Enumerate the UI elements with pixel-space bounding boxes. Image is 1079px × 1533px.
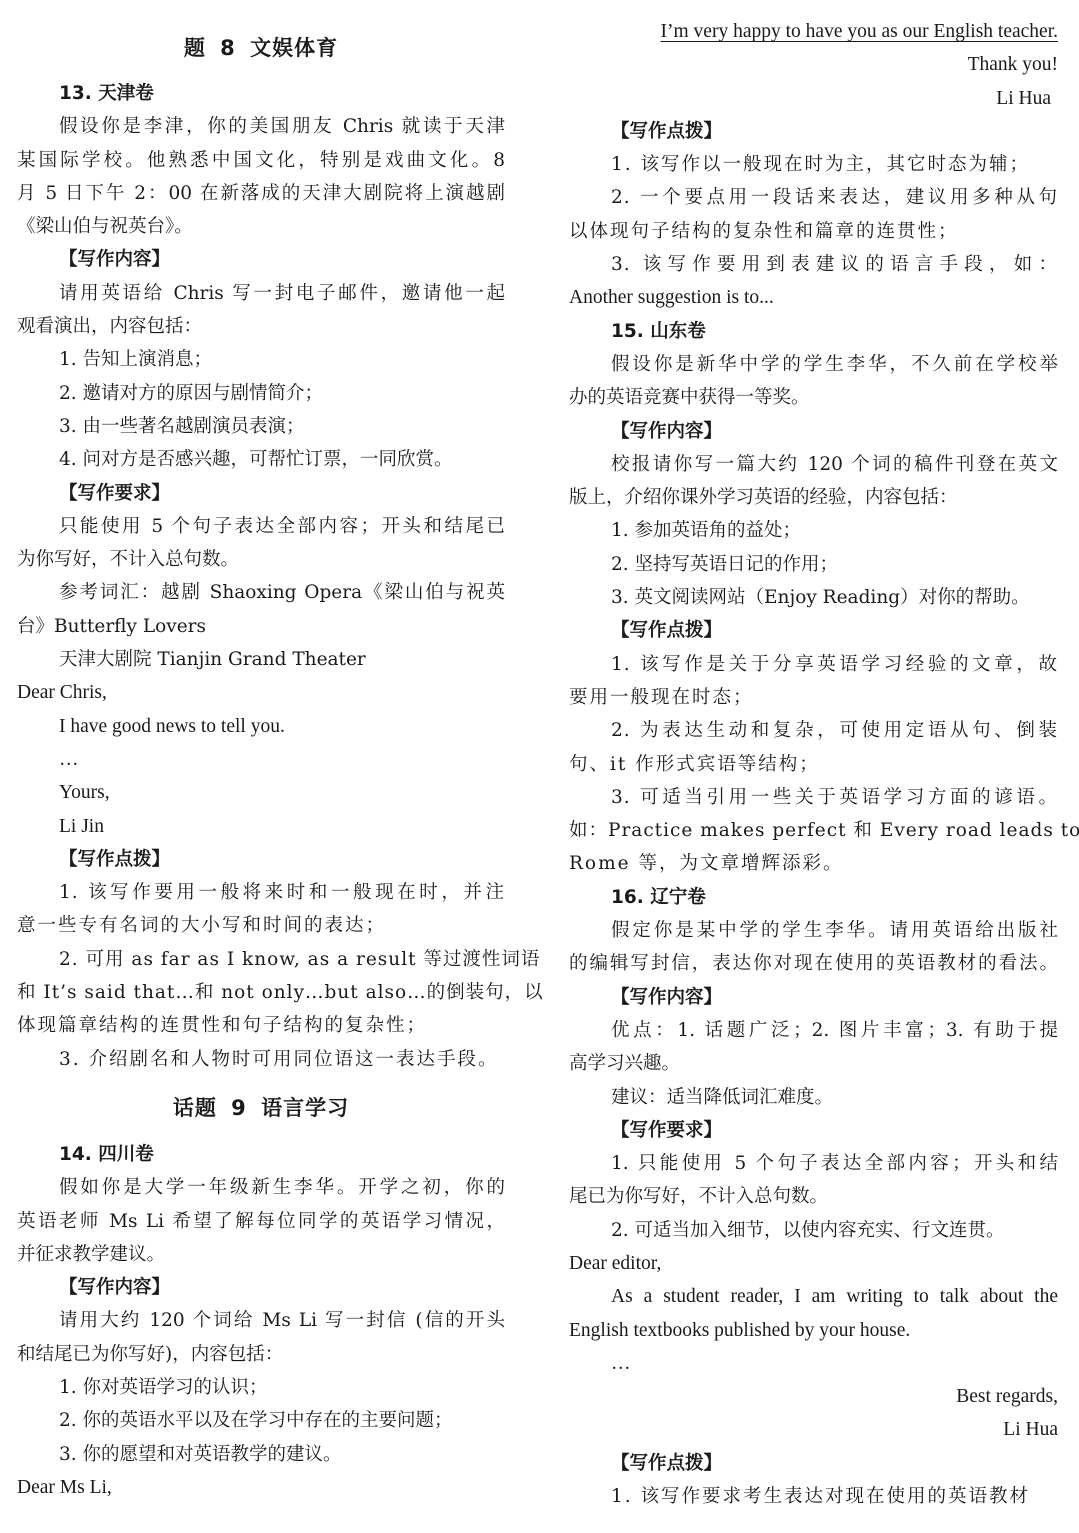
q16-letter-opening: English textbooks published by your hous… — [569, 1314, 1058, 1347]
q15-intro-line: 办的英语竞赛中获得一等奖。 — [569, 381, 1058, 414]
q15-content-label: 【写作内容】 — [569, 415, 1058, 448]
q14-intro-line: 假如你是大学一年级新生李华。开学之初，你的 — [17, 1171, 505, 1204]
q16-letter-salutation: Dear editor, — [569, 1247, 1058, 1280]
q16-requirement-line: 2. 可适当加入细节，以使内容充实、行文连贯。 — [569, 1214, 1058, 1247]
q15-content-item: 3. 英文阅读网站（Enjoy Reading）对你的帮助。 — [569, 581, 1058, 614]
q16-requirement-line: 1. 只能使用 5 个句子表达全部内容；开头和结 — [569, 1147, 1058, 1180]
q14-tip-line: 3. 该写作要用到表建议的语言手段，如： — [569, 248, 1058, 281]
q15-tip-line: 3. 可适当引用一些关于英语学习方面的谚语。 — [569, 781, 1058, 814]
q15-tip-line: 2. 为表达生动和复杂，可使用定语从句、倒装 — [569, 714, 1058, 747]
q15-intro-line: 假设你是新华中学的学生李华，不久前在学校举 — [569, 348, 1058, 381]
q13-tip-line: 2. 可用 as far as I know, as a result 等过渡性… — [17, 943, 505, 976]
q14-intro-line: 并征求教学建议。 — [17, 1238, 505, 1271]
q13-tip-line: 意一些专有名词的大小写和时间的表达； — [17, 909, 505, 942]
q15-content-text: 版上，介绍你课外学习英语的经验，内容包括： — [569, 481, 1058, 514]
q13-letter-opening: I have good news to tell you. — [17, 710, 505, 743]
q13-content-item: 3. 由一些著名越剧演员表演； — [17, 410, 505, 443]
q13-requirements-text: 只能使用 5 个句子表达全部内容；开头和结尾已 — [17, 510, 505, 543]
q16-tip-line: 1. 该写作要求考生表达对现在使用的英语教材 — [569, 1480, 1058, 1513]
q16-content-text: 高学习兴趣。 — [569, 1047, 1058, 1080]
q13-tips-label: 【写作点拨】 — [17, 843, 505, 876]
section-title-9: 话题 9 语言学习 — [17, 1090, 505, 1126]
q15-content-item: 2. 坚持写英语日记的作用； — [569, 548, 1058, 581]
q15-tip-line: 句、it 作形式宾语等结构； — [569, 748, 1058, 781]
q14-tips-label: 【写作点拨】 — [569, 115, 1058, 148]
q16-intro-line: 假定你是某中学的学生李华。请用英语给出版社 — [569, 914, 1058, 947]
q14-tip-line: 以体现句子结构的复杂性和篇章的连贯性； — [569, 215, 1058, 248]
q15-content-item: 1. 参加英语角的益处； — [569, 514, 1058, 547]
q13-content-item: 1. 告知上演消息； — [17, 343, 505, 376]
q14-intro-line: 英语老师 Ms Li 希望了解每位同学的英语学习情况， — [17, 1205, 505, 1238]
q13-letter-closing: Yours, — [17, 776, 505, 809]
q15-tips-label: 【写作点拨】 — [569, 614, 1058, 647]
q13-content-item: 2. 邀请对方的原因与剧情简介； — [17, 377, 505, 410]
q16-requirement-line: 尾已为你写好，不计入总句数。 — [569, 1180, 1058, 1213]
q13-requirements-label: 【写作要求】 — [17, 477, 505, 510]
q13-tip-line: 1. 该写作要用一般将来时和一般现在时，并注 — [17, 876, 505, 909]
q16-content-text: 建议：适当降低词汇难度。 — [569, 1081, 1058, 1114]
q15-tip-line: 如：Practice makes perfect 和 Every road le… — [569, 814, 1058, 847]
q14-letter-closing: Thank you! — [569, 48, 1058, 81]
q13-letter-signature: Li Jin — [17, 810, 505, 843]
q13-intro-line: 某国际学校。他熟悉中国文化，特别是戏曲文化。8 — [17, 144, 505, 177]
section-title-8: 题 8 文娱体育 — [17, 30, 505, 66]
q13-tip-line: 3. 介绍剧名和人物时可用同位语这一表达手段。 — [17, 1043, 505, 1076]
q16-tips-label: 【写作点拨】 — [569, 1447, 1058, 1480]
q16-letter-ellipsis: … — [569, 1347, 1058, 1380]
q14-content-item: 2. 你的英语水平以及在学习中存在的主要问题； — [17, 1404, 505, 1437]
q13-intro-line: 月 5 日下午 2：00 在新落成的天津大剧院将上演越剧 — [17, 177, 505, 210]
q16-letter-signature: Li Hua — [569, 1413, 1058, 1446]
left-column: 题 8 文娱体育 13. 天津卷 假设你是李津，你的美国朋友 Chris 就读于… — [17, 0, 505, 1504]
q14-content-text: 和结尾已为你写好)，内容包括： — [17, 1338, 505, 1371]
q13-content-label: 【写作内容】 — [17, 243, 505, 276]
q14-tip-line: 1. 该写作以一般现在时为主，其它时态为辅； — [569, 148, 1058, 181]
q16-requirements-label: 【写作要求】 — [569, 1114, 1058, 1147]
question-14-heading: 14. 四川卷 — [17, 1138, 505, 1171]
q13-content-item: 4. 问对方是否感兴趣，可帮忙订票，一同欣赏。 — [17, 443, 505, 476]
q16-letter-closing: Best regards, — [569, 1380, 1058, 1413]
right-column: I’m very happy to have you as our Englis… — [569, 0, 1058, 1513]
q14-tip-line: Another suggestion is to... — [569, 281, 1058, 314]
q16-content-label: 【写作内容】 — [569, 981, 1058, 1014]
q15-tip-line: 要用一般现在时态； — [569, 681, 1058, 714]
question-13-heading: 13. 天津卷 — [17, 77, 505, 110]
q15-tip-line: Rome 等，为文章增辉添彩。 — [569, 847, 1058, 880]
q13-content-text: 观看演出，内容包括： — [17, 310, 505, 343]
q14-content-item: 3. 你的愿望和对英语教学的建议。 — [17, 1438, 505, 1471]
q13-vocab: 台》Butterfly Lovers — [17, 610, 505, 643]
q13-tip-line: 体现篇章结构的连贯性和句子结构的复杂性； — [17, 1009, 505, 1042]
question-15-heading: 15. 山东卷 — [569, 315, 1058, 348]
q14-tip-line: 2. 一个要点用一段话来表达，建议用多种从句 — [569, 181, 1058, 214]
q13-tip-line: 和 It’s said that…和 not only…but also…的倒装… — [17, 976, 505, 1009]
q14-letter-signature: Li Hua — [569, 82, 1058, 115]
q16-content-text: 优点：1. 话题广泛；2. 图片丰富；3. 有助于提 — [569, 1014, 1058, 1047]
q13-content-text: 请用英语给 Chris 写一封电子邮件，邀请他一起 — [17, 277, 505, 310]
q13-intro-line: 《梁山伯与祝英台》。 — [17, 210, 505, 243]
q13-vocab: 参考词汇：越剧 Shaoxing Opera《梁山伯与祝英 — [17, 576, 505, 609]
q14-letter-opening: I’m very happy to have you as our Englis… — [569, 15, 1058, 48]
q14-letter-opening-text: I’m very happy to have you as our Englis… — [661, 21, 1058, 42]
q14-content-text: 请用大约 120 个词给 Ms Li 写一封信 (信的开头 — [17, 1304, 505, 1337]
q13-requirements-text: 为你写好，不计入总句数。 — [17, 543, 505, 576]
question-16-heading: 16. 辽宁卷 — [569, 881, 1058, 914]
q16-intro-line: 的编辑写封信，表达你对现在使用的英语教材的看法。 — [569, 947, 1058, 980]
q13-letter-ellipsis: … — [17, 743, 505, 776]
q15-content-text: 校报请你写一篇大约 120 个词的稿件刊登在英文 — [569, 448, 1058, 481]
q14-content-label: 【写作内容】 — [17, 1271, 505, 1304]
q13-intro-line: 假设你是李津，你的美国朋友 Chris 就读于天津 — [17, 110, 505, 143]
q13-vocab: 天津大剧院 Tianjin Grand Theater — [17, 643, 505, 676]
q15-tip-line: 1. 该写作是关于分享英语学习经验的文章，故 — [569, 648, 1058, 681]
q13-letter-salutation: Dear Chris, — [17, 676, 505, 709]
q16-letter-opening: As a student reader, I am writing to tal… — [569, 1280, 1058, 1313]
q14-letter-salutation: Dear Ms Li, — [17, 1471, 505, 1504]
q14-content-item: 1. 你对英语学习的认识； — [17, 1371, 505, 1404]
